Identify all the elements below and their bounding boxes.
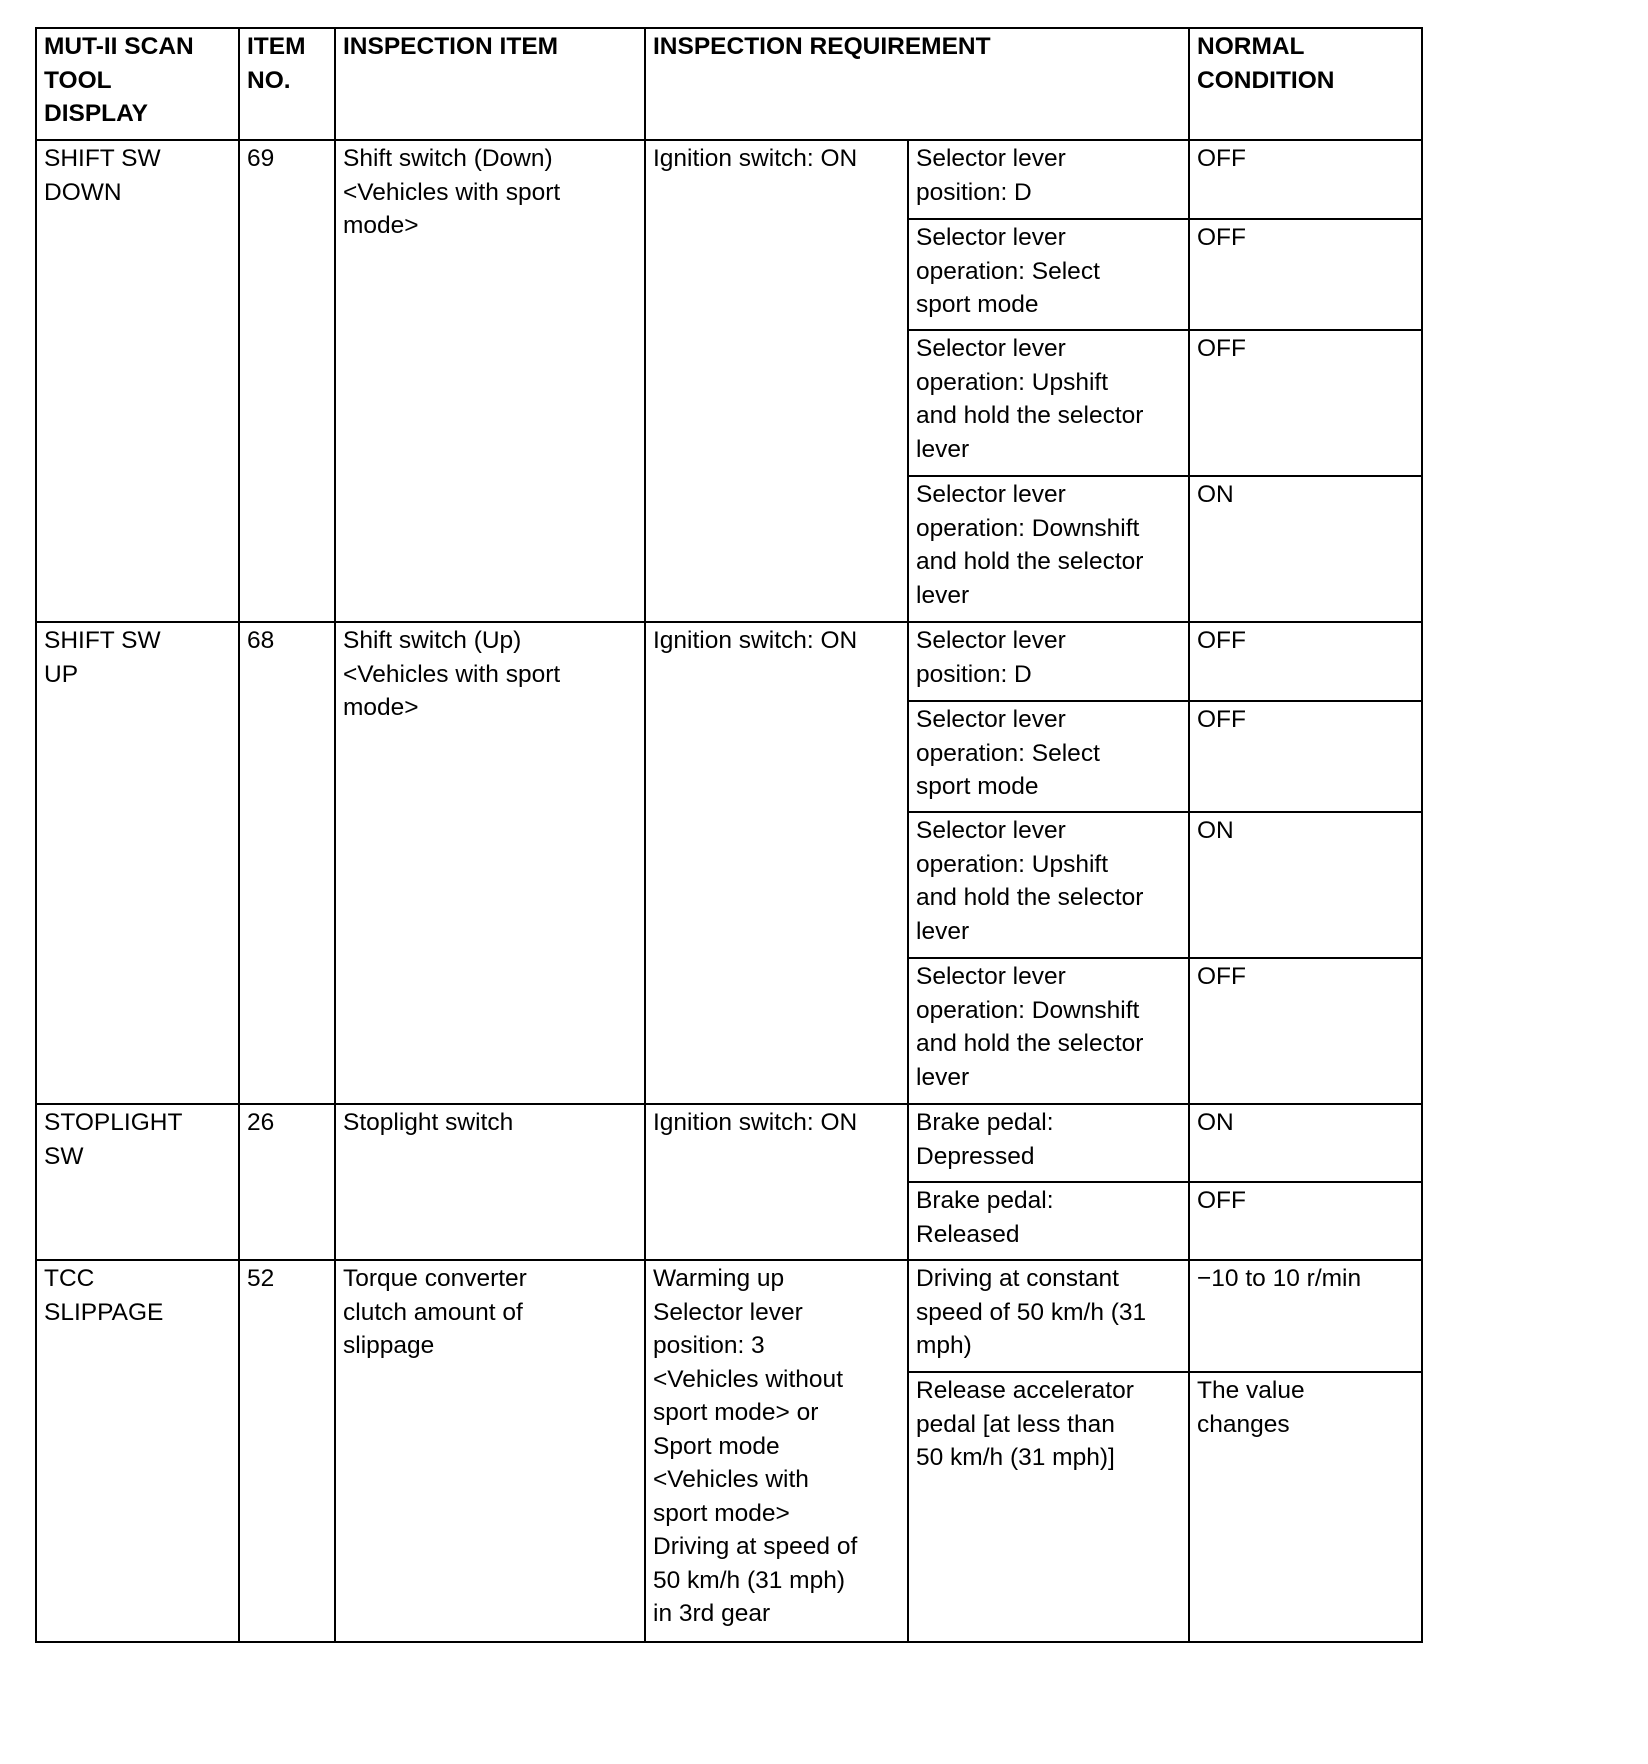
display-cell: STOPLIGHT SW [36, 1104, 239, 1260]
condition-requirement-cell: Selector lever operation: Downshift and … [908, 958, 1189, 1104]
inspection-item-cell: Torque converter clutch amount of slippa… [335, 1260, 645, 1642]
requirement-cell: Warming up Selector lever position: 3 <V… [645, 1260, 908, 1642]
display-cell: SHIFT SW DOWN [36, 140, 239, 622]
normal-condition-cell: ON [1189, 1104, 1422, 1182]
condition-requirement-cell: Selector lever operation: Downshift and … [908, 476, 1189, 622]
normal-condition-cell: OFF [1189, 1182, 1422, 1260]
condition-requirement-cell: Selector lever operation: Upshift and ho… [908, 330, 1189, 476]
display-cell: TCC SLIPPAGE [36, 1260, 239, 1642]
header-item-no: ITEM NO. [239, 28, 335, 140]
normal-condition-cell: OFF [1189, 330, 1422, 476]
normal-condition-cell: −10 to 10 r/min [1189, 1260, 1422, 1372]
item-no-cell: 68 [239, 622, 335, 1104]
normal-condition-cell: OFF [1189, 219, 1422, 330]
normal-condition-cell: ON [1189, 476, 1422, 622]
condition-requirement-cell: Brake pedal: Released [908, 1182, 1189, 1260]
display-cell: SHIFT SW UP [36, 622, 239, 1104]
condition-requirement-cell: Selector lever operation: Upshift and ho… [908, 812, 1189, 958]
item-no-cell: 69 [239, 140, 335, 622]
normal-condition-cell: OFF [1189, 701, 1422, 812]
normal-condition-cell: OFF [1189, 622, 1422, 701]
inspection-item-cell: Stoplight switch [335, 1104, 645, 1260]
condition-requirement-cell: Selector lever position: D [908, 140, 1189, 219]
normal-condition-cell: The value changes [1189, 1372, 1422, 1642]
normal-condition-cell: OFF [1189, 958, 1422, 1104]
inspection-item-cell: Shift switch (Up) <Vehicles with sport m… [335, 622, 645, 1104]
table-row: SHIFT SW UP 68 Shift switch (Up) <Vehicl… [36, 622, 1422, 701]
condition-requirement-cell: Selector lever operation: Select sport m… [908, 701, 1189, 812]
header-display: MUT-II SCAN TOOL DISPLAY [36, 28, 239, 140]
condition-requirement-cell: Release accelerator pedal [at less than … [908, 1372, 1189, 1642]
inspection-item-cell: Shift switch (Down) <Vehicles with sport… [335, 140, 645, 622]
requirement-cell: Ignition switch: ON [645, 140, 908, 622]
header-inspection-item: INSPECTION ITEM [335, 28, 645, 140]
condition-requirement-cell: Selector lever position: D [908, 622, 1189, 701]
table-row: SHIFT SW DOWN 69 Shift switch (Down) <Ve… [36, 140, 1422, 219]
header-row: MUT-II SCAN TOOL DISPLAY ITEM NO. INSPEC… [36, 28, 1422, 140]
item-no-cell: 26 [239, 1104, 335, 1260]
table-row: STOPLIGHT SW 26 Stoplight switch Ignitio… [36, 1104, 1422, 1182]
normal-condition-cell: ON [1189, 812, 1422, 958]
requirement-cell: Ignition switch: ON [645, 1104, 908, 1260]
header-inspection-requirement: INSPECTION REQUIREMENT [645, 28, 1189, 140]
condition-requirement-cell: Driving at constant speed of 50 km/h (31… [908, 1260, 1189, 1372]
condition-requirement-cell: Brake pedal: Depressed [908, 1104, 1189, 1182]
table-row: TCC SLIPPAGE 52 Torque converter clutch … [36, 1260, 1422, 1372]
header-normal-condition: NORMAL CONDITION [1189, 28, 1422, 140]
item-no-cell: 52 [239, 1260, 335, 1642]
inspection-table: MUT-II SCAN TOOL DISPLAY ITEM NO. INSPEC… [35, 27, 1423, 1643]
requirement-cell: Ignition switch: ON [645, 622, 908, 1104]
normal-condition-cell: OFF [1189, 140, 1422, 219]
condition-requirement-cell: Selector lever operation: Select sport m… [908, 219, 1189, 330]
